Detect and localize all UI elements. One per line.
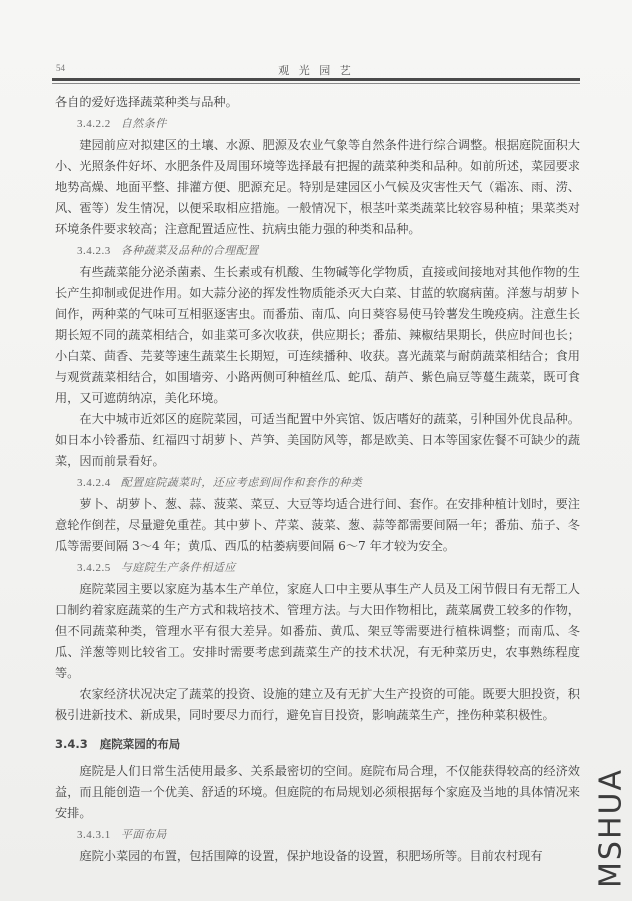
- subsection-title: 各种蔬菜及品种的合理配置: [121, 244, 259, 257]
- subsection-heading-3-4-3-1: 3.4.3.1平面布局: [55, 824, 580, 846]
- watermark-text: MSHUA: [594, 768, 629, 888]
- paragraph: 庭院小菜园的布置，包括围障的设置，保护地设备的设置，积肥场所等。目前农村现有: [55, 846, 580, 867]
- paragraph: 农家经济状况决定了蔬菜的投资、设施的建立及有无扩大生产投资的可能。既要大胆投资，…: [55, 684, 580, 726]
- body-text: 各自的爱好选择蔬菜种类与品种。 3.4.2.2自然条件 建园前应对拟建区的土壤、…: [55, 92, 580, 867]
- running-title: 观 光 园 艺: [52, 62, 580, 78]
- subsection-heading-3-4-2-5: 3.4.2.5与庭院生产条件相适应: [55, 557, 580, 579]
- subsection-number: 3.4.3.1: [77, 829, 111, 841]
- paragraph-continued: 各自的爱好选择蔬菜种类与品种。: [55, 92, 580, 113]
- subsection-heading-3-4-2-3: 3.4.2.3各种蔬菜及品种的合理配置: [55, 240, 580, 262]
- section-heading-3-4-3: 3.4.3庭院菜园的布局: [55, 734, 580, 755]
- page-header: 54 观 光 园 艺: [52, 63, 580, 79]
- paragraph: 萝卜、胡萝卜、葱、蒜、菠菜、菜豆、大豆等均适合进行间、套作。在安排种植计划时，要…: [55, 494, 580, 557]
- subsection-number: 3.4.2.5: [77, 562, 111, 574]
- watermark: MSHUA: [596, 773, 626, 883]
- paragraph: 庭院菜园主要以家庭为基本生产单位，家庭人口中主要从事生产人员及工闲节假日有无帮工…: [55, 579, 580, 684]
- paragraph: 建园前应对拟建区的土壤、水源、肥源及农业气象等自然条件进行综合调整。根据庭院面积…: [55, 135, 580, 240]
- subsection-title: 自然条件: [121, 117, 167, 130]
- book-page: 54 观 光 园 艺 各自的爱好选择蔬菜种类与品种。 3.4.2.2自然条件 建…: [0, 0, 632, 901]
- subsection-title: 平面布局: [121, 828, 167, 841]
- subsection-heading-3-4-2-2: 3.4.2.2自然条件: [55, 113, 580, 135]
- subsection-heading-3-4-2-4: 3.4.2.4配置庭院蔬菜时，还应考虑到间作和套作的种类: [55, 472, 580, 494]
- paragraph: 有些蔬菜能分泌杀菌素、生长素或有机酸、生物碱等化学物质，直接或间接地对其他作物的…: [55, 262, 580, 409]
- subsection-number: 3.4.2.4: [77, 477, 111, 489]
- paragraph: 庭院是人们日常生活使用最多、关系最密切的空间。庭院布局合理，不仅能获得较高的经济…: [55, 761, 580, 824]
- section-title: 庭院菜园的布局: [100, 737, 181, 751]
- subsection-number: 3.4.2.2: [77, 118, 111, 130]
- subsection-title: 与庭院生产条件相适应: [121, 561, 236, 574]
- subsection-title: 配置庭院蔬菜时，还应考虑到间作和套作的种类: [121, 476, 363, 489]
- paragraph: 在大中城市近郊区的庭院菜园，可适当配置中外宾馆、饭店嗜好的蔬菜，引种国外优良品种…: [55, 409, 580, 472]
- subsection-number: 3.4.2.3: [77, 245, 111, 257]
- section-number: 3.4.3: [55, 737, 88, 751]
- header-rule-thin: [52, 83, 580, 84]
- header-rule-thick: [52, 78, 580, 81]
